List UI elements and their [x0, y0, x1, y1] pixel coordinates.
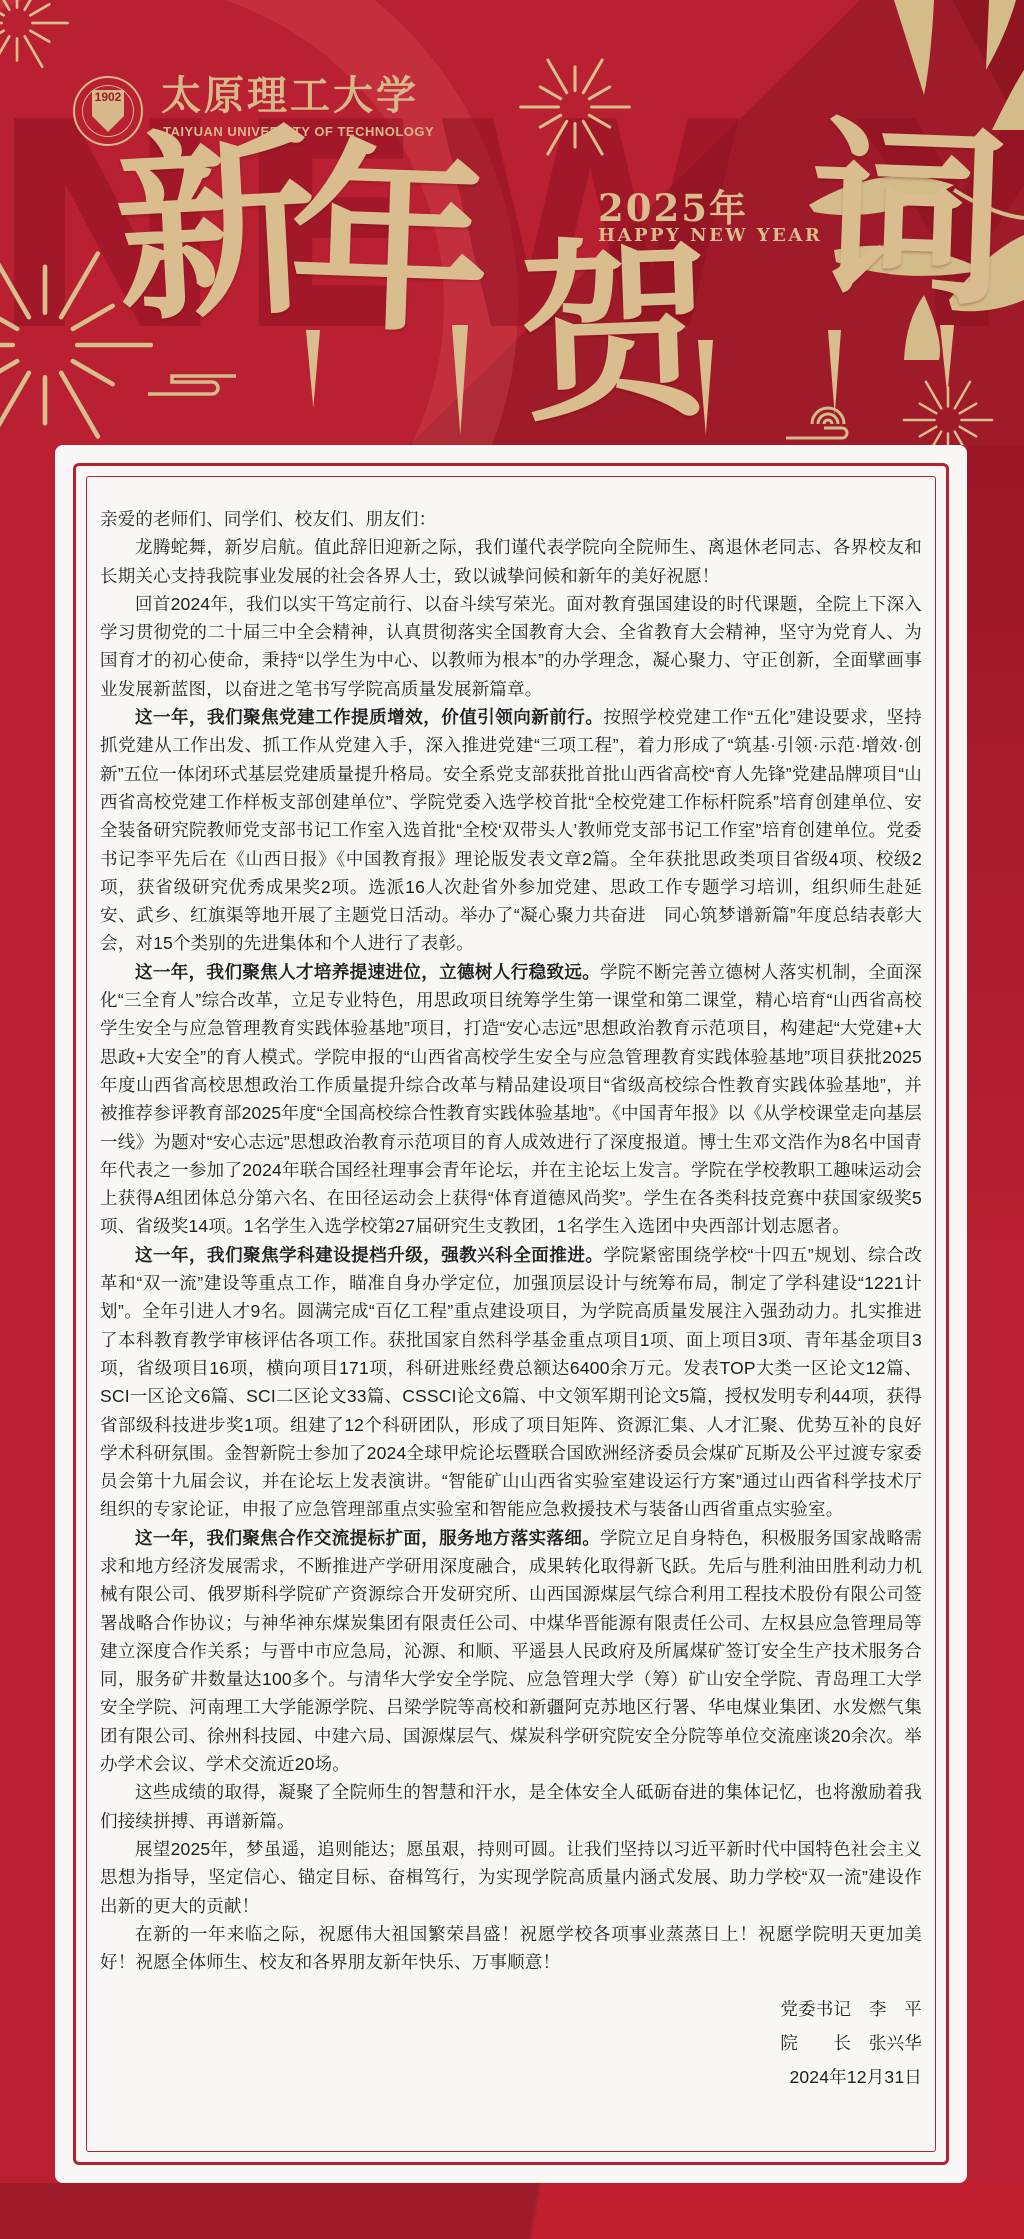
salutation: 亲爱的老师们、同学们、校友们、朋友们：: [100, 505, 922, 533]
paragraph-text: 按照学校党建工作“五化”建设要求，坚持抓党建从工作出发、抓工作从党建入手，深入推…: [100, 707, 922, 953]
paragraph-text: 学院不断完善立德树人落实机制，全面深化“三全育人”综合改革，立足专业特色，用思政…: [100, 962, 922, 1237]
paragraph: 这一年，我们聚焦学科建设提档升级，强教兴科全面推进。学院紧密围绕学校“十四五”规…: [100, 1241, 922, 1524]
year-label: 2025年: [598, 178, 748, 232]
signature-line-secretary: 党委书记 李 平: [100, 1992, 922, 2026]
paragraph-text: 学院立足自身特色，积极服务国家战略需求和地方经济发展需求，不断推进产学研用深度融…: [100, 1528, 922, 1774]
paragraph: 在新的一年来临之际，祝愿伟大祖国繁荣昌盛！祝愿学校各项事业蒸蒸日上！祝愿学院明天…: [100, 1920, 922, 1977]
paragraph: 这一年，我们聚焦人才培养提速进位，立德树人行稳致远。学院不断完善立德树人落实机制…: [100, 958, 922, 1241]
title-char-he: 贺: [517, 235, 716, 434]
paragraph-text: 在新的一年来临之际，祝愿伟大祖国繁荣昌盛！祝愿学校各项事业蒸蒸日上！祝愿学院明天…: [100, 1924, 922, 1972]
signature-date: 2024年12月31日: [100, 2060, 922, 2094]
paragraph: 这些成绩的取得，凝聚了全院师生的智慧和汗水，是全体安全人砥砺奋进的集体记忆，也将…: [100, 1778, 922, 1835]
paragraph-text: 展望2025年，梦虽遥，追则能达；愿虽艰，持则可圆。让我们坚持以习近平新时代中国…: [100, 1839, 922, 1916]
firework-icon: [0, 0, 72, 78]
paragraph-text: 这些成绩的取得，凝聚了全院师生的智慧和汗水，是全体安全人砥砺奋进的集体记忆，也将…: [100, 1782, 922, 1830]
paragraph-lead: 这一年，我们聚焦党建工作提质增效，价值引领向新前行。: [135, 707, 603, 727]
paragraph: 这一年，我们聚焦党建工作提质增效，价值引领向新前行。按照学校党建工作“五化”建设…: [100, 703, 922, 958]
cloud-icon: [146, 372, 242, 400]
paragraph-lead: 这一年，我们聚焦学科建设提档升级，强教兴科全面推进。: [135, 1245, 603, 1265]
paragraph: 这一年，我们聚焦合作交流提标扩面，服务地方落实落细。学院立足自身特色，积极服务国…: [100, 1524, 922, 1779]
paragraph: 回首2024年，我们以实干笃定前行、以奋斗续写荣光。面对教育强国建设的时代课题，…: [100, 590, 922, 703]
letter-body: 亲爱的老师们、同学们、校友们、朋友们： 龙腾蛇舞，新岁启航。值此辞旧迎新之际，我…: [100, 505, 922, 2094]
paragraph-lead: 这一年，我们聚焦合作交流提标扩面，服务地方落实落细。: [135, 1528, 600, 1548]
paragraph-text: 龙腾蛇舞，新岁启航。值此辞旧迎新之际，我们谨代表学院向全院师生、离退休老同志、各…: [100, 537, 922, 585]
title-char-ci: 词: [807, 115, 1010, 318]
title-char-nian: 年: [287, 139, 494, 346]
header-background: NEW YEAR: [0, 0, 1024, 445]
paragraph-text: 学院紧密围绕学校“十四五”规划、综合改革和“双一流”建设等重点工作，瞄准自身办学…: [100, 1245, 922, 1520]
footer-band: [0, 2183, 1024, 2239]
paragraph-lead: 这一年，我们聚焦人才培养提速进位，立德树人行稳致远。: [135, 962, 600, 982]
fingerprint-cloud-icon: [782, 398, 874, 444]
signature-line-president: 院 长 张兴华: [100, 2026, 922, 2060]
letter-card: 亲爱的老师们、同学们、校友们、朋友们： 龙腾蛇舞，新岁启航。值此辞旧迎新之际，我…: [55, 445, 967, 2183]
paragraph: 龙腾蛇舞，新岁启航。值此辞旧迎新之际，我们谨代表学院向全院师生、离退休老同志、各…: [100, 533, 922, 590]
paragraph-text: 回首2024年，我们以实干笃定前行、以奋斗续写荣光。面对教育强国建设的时代课题，…: [100, 594, 922, 699]
signature-block: 党委书记 李 平 院 长 张兴华 2024年12月31日: [100, 1992, 922, 2094]
background-right-strip: [967, 445, 1024, 1245]
seal-year: 1902: [75, 90, 141, 104]
paragraph: 展望2025年，梦虽遥，追则能达；愿虽艰，持则可圆。让我们坚持以习近平新时代中国…: [100, 1835, 922, 1920]
happy-new-year-label: HAPPY NEW YEAR: [598, 225, 822, 246]
